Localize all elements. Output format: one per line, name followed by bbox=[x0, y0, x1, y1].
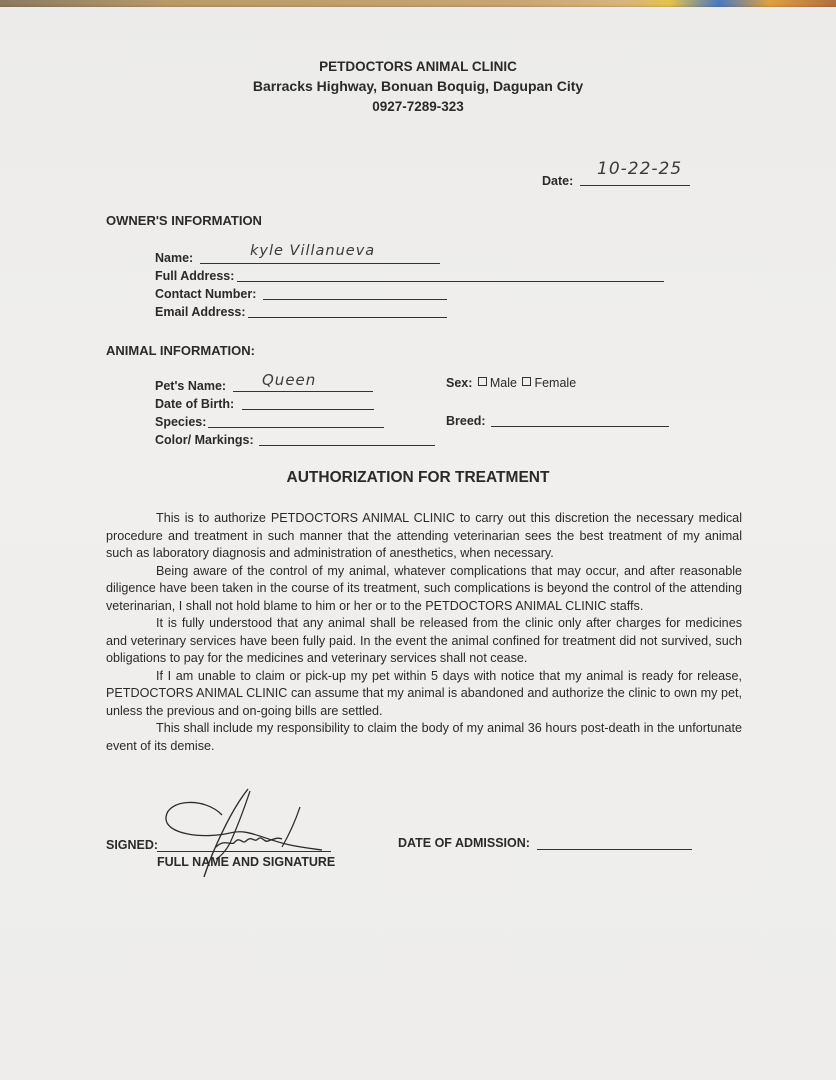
pet-name-line bbox=[233, 391, 373, 392]
clinic-address: Barracks Highway, Bonuan Boquig, Dagupan… bbox=[0, 78, 836, 94]
sex-label: Sex: bbox=[446, 376, 472, 390]
authorization-paragraph: It is fully understood that any animal s… bbox=[106, 615, 742, 668]
owner-email-field[interactable] bbox=[248, 317, 447, 318]
authorization-paragraph: This is to authorize PETDOCTORS ANIMAL C… bbox=[106, 510, 742, 563]
dob-field[interactable] bbox=[242, 409, 374, 410]
admission-date-label: DATE OF ADMISSION: bbox=[398, 836, 530, 850]
date-label: Date: bbox=[542, 174, 573, 188]
species-field[interactable] bbox=[208, 427, 384, 428]
pet-name-field[interactable]: Queen bbox=[262, 371, 316, 389]
authorization-paragraph: Being aware of the control of my animal,… bbox=[106, 563, 742, 616]
pet-name-label: Pet's Name: bbox=[155, 379, 226, 393]
animal-section-title: ANIMAL INFORMATION: bbox=[106, 343, 255, 358]
sex-female-label: Female bbox=[534, 376, 576, 390]
authorization-body: This is to authorize PETDOCTORS ANIMAL C… bbox=[106, 510, 742, 755]
breed-field[interactable] bbox=[491, 426, 669, 427]
breed-label: Breed: bbox=[446, 414, 486, 428]
owner-email-label: Email Address: bbox=[155, 305, 246, 319]
color-label: Color/ Markings: bbox=[155, 433, 254, 447]
clinic-phone: 0927-7289-323 bbox=[0, 99, 836, 114]
authorization-paragraph: If I am unable to claim or pick-up my pe… bbox=[106, 668, 742, 721]
owner-contact-label: Contact Number: bbox=[155, 287, 256, 301]
owner-name-label: Name: bbox=[155, 251, 193, 265]
clinic-name: PETDOCTORS ANIMAL CLINIC bbox=[0, 59, 836, 74]
date-field[interactable]: 10-22-25 bbox=[597, 159, 682, 179]
species-label: Species: bbox=[155, 415, 206, 429]
owner-contact-field[interactable] bbox=[263, 299, 447, 300]
authorization-title: AUTHORIZATION FOR TREATMENT bbox=[0, 469, 836, 487]
form-page: PETDOCTORS ANIMAL CLINIC Barracks Highwa… bbox=[0, 7, 836, 1080]
owner-name-line bbox=[200, 263, 440, 264]
owner-name-field[interactable]: kyle Villanueva bbox=[250, 243, 375, 259]
signature-caption: FULL NAME AND SIGNATURE bbox=[157, 855, 335, 869]
owner-address-field[interactable] bbox=[237, 281, 664, 282]
dob-label: Date of Birth: bbox=[155, 397, 234, 411]
sex-male-label: Male bbox=[490, 376, 517, 390]
color-field[interactable] bbox=[259, 445, 435, 446]
date-field-line bbox=[580, 185, 690, 186]
sex-group: Sex: Male Female bbox=[446, 376, 576, 390]
sex-female-checkbox[interactable] bbox=[522, 377, 531, 386]
admission-date-field[interactable] bbox=[537, 849, 692, 850]
authorization-paragraph: This shall include my responsibility to … bbox=[106, 720, 742, 755]
owner-address-label: Full Address: bbox=[155, 269, 234, 283]
owner-section-title: OWNER'S INFORMATION bbox=[106, 213, 262, 228]
sex-male-checkbox[interactable] bbox=[478, 377, 487, 386]
